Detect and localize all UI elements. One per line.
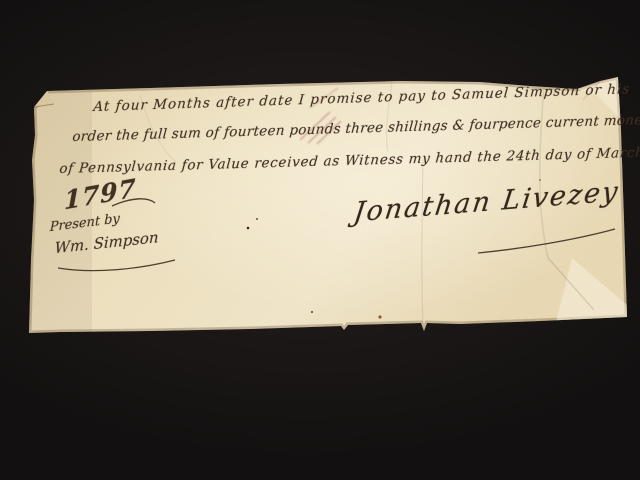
ink-speck xyxy=(256,218,258,220)
paper-artwork xyxy=(0,0,640,480)
ink-speck xyxy=(247,227,250,230)
rust-speck xyxy=(378,315,381,318)
photo-of-document: nuejco have © At four Months after date … xyxy=(0,0,640,480)
paper-speck xyxy=(539,179,541,181)
rust-speck xyxy=(311,311,313,313)
